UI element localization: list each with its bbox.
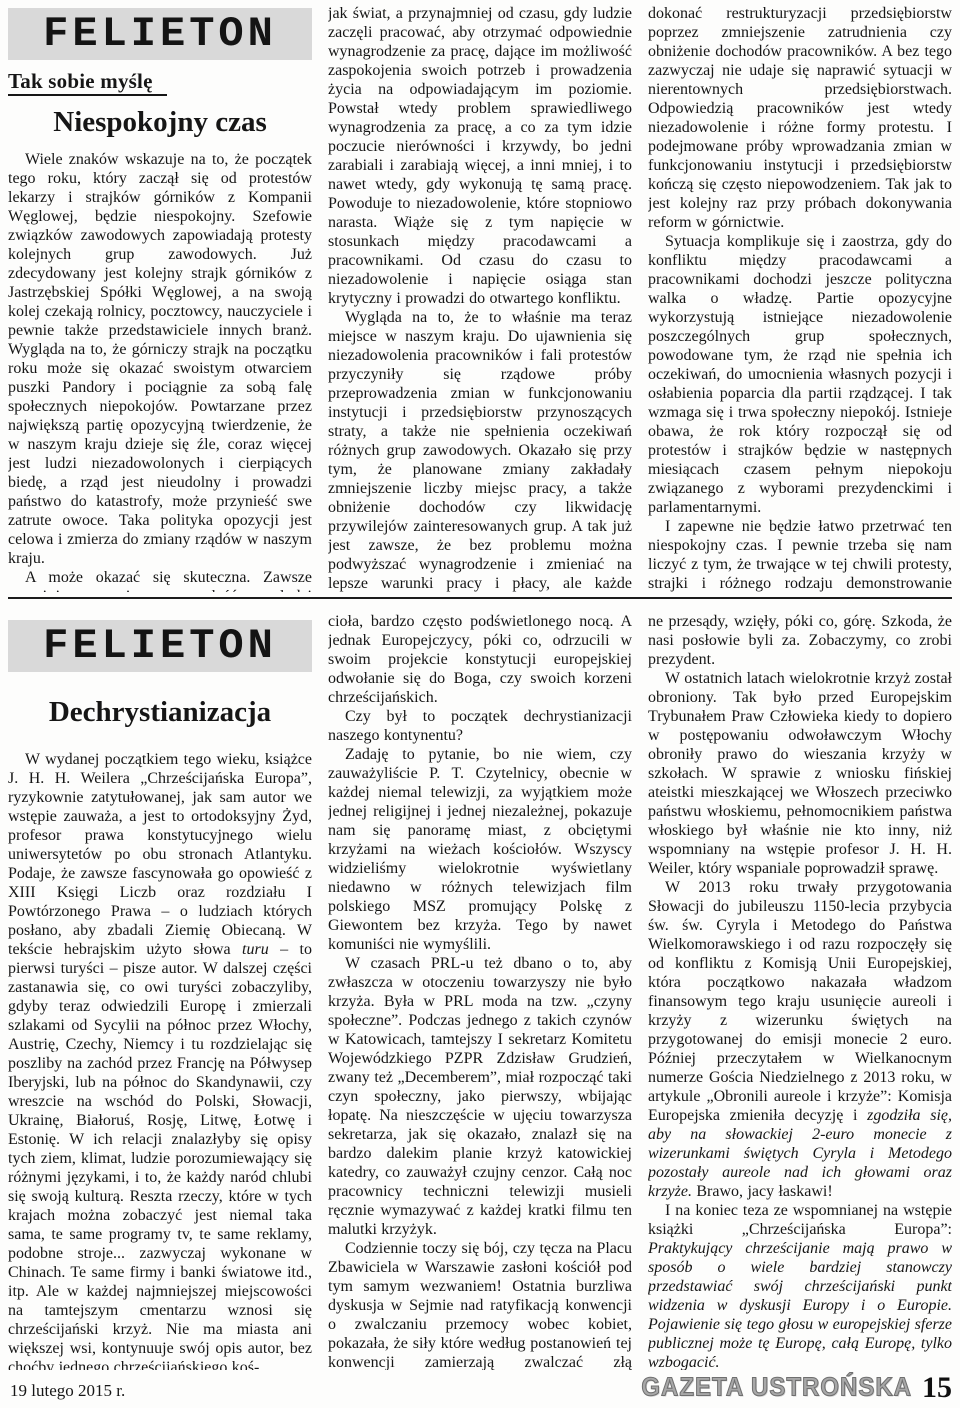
article1-column-1: FELIETON Tak sobie myślę Niespokojny cza… (8, 4, 312, 592)
article-dechrystianizacja: FELIETON Dechrystianizacja W wydanej poc… (8, 612, 952, 1370)
paragraph: Czy był to początek dechrystianizacji na… (328, 707, 632, 745)
text-segment: W czasach PRL-u też dbano o to, aby zwła… (328, 955, 632, 1238)
page-footer: 19 lutego 2015 r. GAZETA USTROŃSKA 15 (10, 1368, 952, 1402)
text-segment: Sytuacja komplikuje się i zaostrza, gdy … (648, 233, 952, 516)
paragraph: W czasach PRL-u też dbano o to, aby zwła… (328, 954, 632, 1239)
article1-col2-text: jak świat, a przynajmniej od czasu, gdy … (328, 4, 632, 592)
text-segment: Codziennie toczy się bój, czy tęcza na P… (328, 1240, 632, 1370)
text-segment: Praktykujący chrześcijanie mają prawo w … (648, 1240, 952, 1370)
footer-brand-logo: GAZETA USTROŃSKA (641, 1374, 912, 1402)
section-header-felieton-1: FELIETON (8, 8, 312, 60)
paragraph: A może okazać się skuteczna. Zawsze prze… (8, 568, 312, 592)
text-segment: I na koniec teza ze wspomnianej na wstęp… (648, 1202, 952, 1238)
paragraph: W ostatnich latach wielokrotnie krzyż zo… (648, 669, 952, 878)
paragraph: Zadaję to pytanie, bo nie wiem, czy zauw… (328, 745, 632, 954)
text-segment: Brawo, jacy łaskawi! (692, 1183, 833, 1200)
paragraph: Codziennie toczy się bój, czy tęcza na P… (328, 1239, 632, 1370)
text-segment: jak świat, a przynajmniej od czasu, gdy … (328, 5, 632, 307)
text-segment: W wydanej początkiem tego wieku, książce… (8, 751, 312, 958)
text-segment: ne przesądy, wzięły, póki co, górę. Szko… (648, 613, 952, 668)
paragraph: Wiele znaków wskazuje na to, że początek… (8, 150, 312, 568)
text-segment: W ostatnich latach wielokrotnie krzyż zo… (648, 670, 952, 877)
article1-column-2: jak świat, a przynajmniej od czasu, gdy … (328, 4, 632, 592)
paragraph: W wydanej początkiem tego wieku, książce… (8, 750, 312, 1370)
text-segment: dokonać restrukturyzacji przedsiębiorstw… (648, 5, 952, 231)
article2-col1-text: W wydanej początkiem tego wieku, książce… (8, 750, 312, 1370)
text-segment: Czy był to początek dechrystianizacji na… (328, 708, 632, 744)
kicker-wrap: Tak sobie myślę (8, 60, 312, 96)
kicker-tak-sobie-mysle: Tak sobie myślę (8, 69, 167, 96)
text-segment: Wiele znaków wskazuje na to, że początek… (8, 151, 312, 567)
text-segment: Zadaję to pytanie, bo nie wiem, czy zauw… (328, 746, 632, 953)
text-segment: Wygląda na to, że to właśnie ma teraz mi… (328, 309, 632, 592)
article-niespokojny-czas: FELIETON Tak sobie myślę Niespokojny cza… (8, 4, 952, 592)
article2-col3-text: ne przesądy, wzięły, póki co, górę. Szko… (648, 612, 952, 1370)
text-segment: A może okazać się skuteczna. Zawsze prze… (8, 569, 312, 592)
article1-title: Niespokojny czas (8, 106, 312, 138)
text-segment: cioła, bardzo często podświetlonego nocą… (328, 613, 632, 706)
paragraph: W 2013 roku trwały przygotowania Słowacj… (648, 878, 952, 1201)
paragraph: cioła, bardzo często podświetlonego nocą… (328, 612, 632, 707)
section-divider-rule (8, 597, 952, 599)
article1-col1-text: Wiele znaków wskazuje na to, że początek… (8, 150, 312, 592)
text-segment: W 2013 roku trwały przygotowania Słowacj… (648, 879, 952, 1124)
newspaper-page: FELIETON Tak sobie myślę Niespokojny cza… (0, 0, 960, 1408)
footer-page-number: 15 (922, 1374, 952, 1402)
article2-column-2: cioła, bardzo często podświetlonego nocą… (328, 612, 632, 1370)
article1-column-3: dokonać restrukturyzacji przedsiębiorstw… (648, 4, 952, 592)
footer-date: 19 lutego 2015 r. (10, 1380, 125, 1402)
paragraph: jak świat, a przynajmniej od czasu, gdy … (328, 4, 632, 308)
article2-title: Dechrystianizacja (8, 696, 312, 728)
footer-right: GAZETA USTROŃSKA 15 (641, 1374, 952, 1402)
text-segment: I zapewne nie będzie łatwo przetrwać ten… (648, 518, 952, 592)
text-segment: – to pierwsi turyści – pisze autor. W da… (8, 941, 312, 1370)
text-segment: turu (242, 941, 269, 958)
paragraph: Wygląda na to, że to właśnie ma teraz mi… (328, 308, 632, 592)
section-header-felieton-2: FELIETON (8, 620, 312, 672)
paragraph: dokonać restrukturyzacji przedsiębiorstw… (648, 4, 952, 232)
article1-col3-text: dokonać restrukturyzacji przedsiębiorstw… (648, 4, 952, 592)
article2-column-3: ne przesądy, wzięły, póki co, górę. Szko… (648, 612, 952, 1370)
paragraph: I zapewne nie będzie łatwo przetrwać ten… (648, 517, 952, 592)
article2-col2-text: cioła, bardzo często podświetlonego nocą… (328, 612, 632, 1370)
paragraph: ne przesądy, wzięły, póki co, górę. Szko… (648, 612, 952, 669)
paragraph: Sytuacja komplikuje się i zaostrza, gdy … (648, 232, 952, 517)
article2-column-1: FELIETON Dechrystianizacja W wydanej poc… (8, 612, 312, 1370)
paragraph: I na koniec teza ze wspomnianej na wstęp… (648, 1201, 952, 1370)
